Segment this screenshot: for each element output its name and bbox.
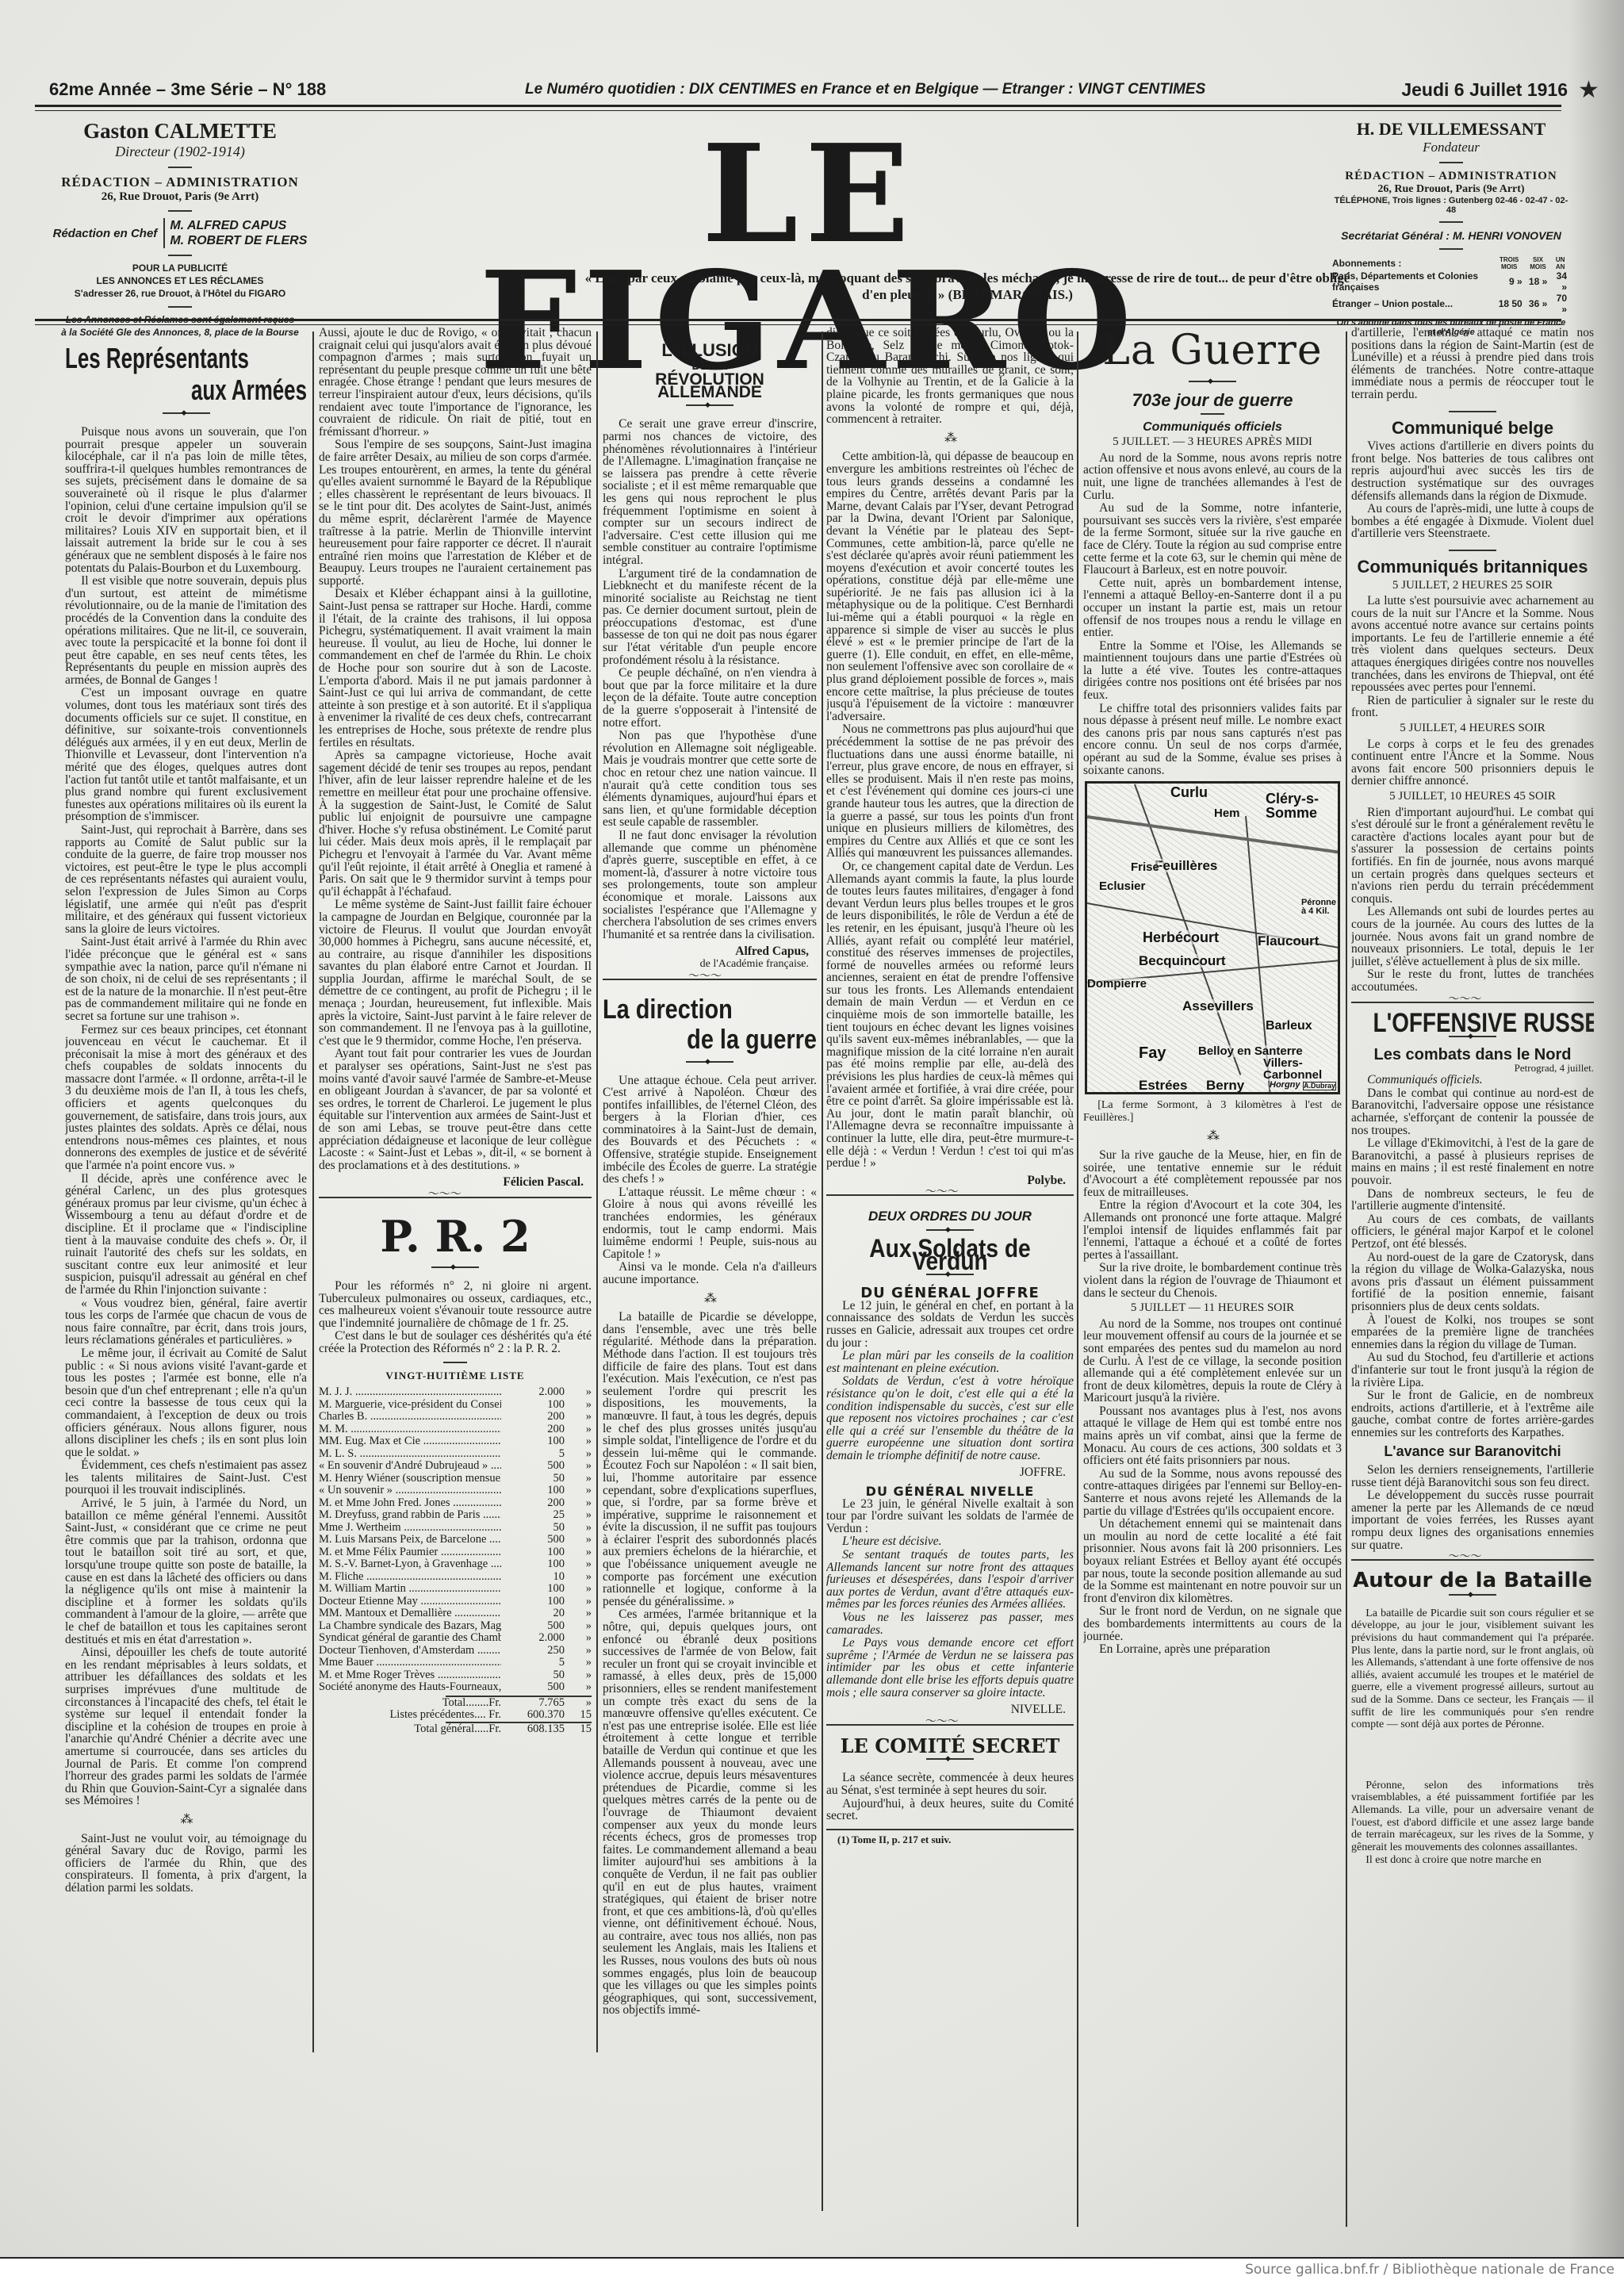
donation-row: M. et Mme Félix Paumier100» bbox=[319, 1546, 592, 1559]
ornament bbox=[163, 412, 210, 415]
headline: Autour de la Bataille bbox=[1351, 1575, 1594, 1588]
subheadline: L'avance sur Baranovitchi bbox=[1351, 1446, 1594, 1458]
paragraph: Le 23 juin, le général Nivelle exaltait … bbox=[826, 1498, 1074, 1535]
map-label: Becquincourt bbox=[1139, 954, 1226, 968]
ornament bbox=[168, 210, 192, 212]
donor-name: M. Marguerie, vice-président du Conseil … bbox=[319, 1399, 501, 1412]
editors-in-chief: Rédaction en Chef M. ALFRED CAPUS M. ROB… bbox=[35, 218, 325, 248]
donation-amount: 20 bbox=[501, 1607, 565, 1620]
paragraph: Vous ne les laisserez pas passer, mes ca… bbox=[826, 1611, 1074, 1636]
donation-row: Société anonyme des Hauts-Fourneaux, For… bbox=[319, 1681, 592, 1694]
map-label: Dompierre bbox=[1087, 978, 1147, 990]
map-label: Flaucourt bbox=[1258, 934, 1319, 948]
divider bbox=[35, 319, 1561, 325]
donation-amount: 100 bbox=[501, 1558, 565, 1571]
ornament bbox=[1189, 381, 1236, 383]
donation-unit: » bbox=[565, 1546, 592, 1559]
total-row: Listes précédentes.... Fr.600.37015 bbox=[319, 1709, 592, 1722]
donation-unit: » bbox=[565, 1509, 592, 1522]
donation-unit: » bbox=[565, 1497, 592, 1510]
signature-affiliation: de l'Académie française. bbox=[603, 958, 809, 971]
donation-row: M. Fliche10» bbox=[319, 1571, 592, 1584]
donation-amount: 100 bbox=[501, 1485, 565, 1497]
ornament bbox=[926, 1229, 974, 1232]
donation-amount: 50 bbox=[501, 1473, 565, 1485]
donation-row: « En souvenir d'André Dubrujeaud »500» bbox=[319, 1460, 592, 1473]
donor-name: M. L. S. bbox=[319, 1448, 501, 1461]
donor-name: MM. Eug. Max et Cie bbox=[319, 1435, 501, 1448]
map-label: Assevillers bbox=[1182, 999, 1254, 1013]
redaction-label: RÉDACTION – ADMINISTRATION bbox=[35, 174, 325, 190]
donation-row: Charles B.200» bbox=[319, 1411, 592, 1424]
donation-row: Syndicat général de garantie des Chambre… bbox=[319, 1632, 592, 1645]
signature: JOFFRE. bbox=[826, 1466, 1066, 1479]
paragraph: Vives actions d'artillerie en divers poi… bbox=[1351, 440, 1594, 502]
headline: L'ILLUSION bbox=[603, 344, 817, 357]
map-label: Villers-Carbonnel bbox=[1263, 1057, 1338, 1081]
ornament bbox=[1449, 1594, 1496, 1596]
donation-amount: 200 bbox=[501, 1411, 565, 1424]
paragraph: Saint-Just ne voulut voir, au témoignage… bbox=[65, 1833, 307, 1895]
column-rule bbox=[1077, 331, 1078, 2227]
donation-row: « Un souvenir »100» bbox=[319, 1485, 592, 1497]
paragraph: Sur la rive gauche de la Meuse, hier, en… bbox=[1083, 1149, 1342, 1198]
paragraph: Il décide, après une conférence avec le … bbox=[65, 1173, 307, 1297]
headline: L'OFFENSIVE RUSSE bbox=[1373, 1017, 1572, 1030]
signature: Polybe. bbox=[826, 1174, 1066, 1187]
paragraph: Au sud de la Somme, notre infanterie, po… bbox=[1083, 502, 1342, 577]
donation-row: Mme J. Wertheim50» bbox=[319, 1522, 592, 1535]
map-label: Horgny bbox=[1270, 1081, 1300, 1090]
map-label: Barleux bbox=[1266, 1020, 1312, 1033]
map-label: Fay bbox=[1139, 1045, 1166, 1061]
paragraph: Au cours de ces combats, de vaillants of… bbox=[1351, 1213, 1594, 1251]
row-label: Paris, Départements et Colonies français… bbox=[1332, 270, 1493, 293]
paragraph: Il ne faut donc envisager la révolution … bbox=[603, 830, 817, 941]
donation-amount: 200 bbox=[501, 1424, 565, 1436]
paragraph: Aussi, ajoute le duc de Rovigo, « on s'é… bbox=[319, 327, 592, 438]
chef-name: M. ROBERT DE FLERS bbox=[170, 234, 307, 247]
donation-row: M. M.200» bbox=[319, 1424, 592, 1436]
map-label: Berny bbox=[1206, 1079, 1244, 1092]
map-label: Herbécourt bbox=[1143, 930, 1219, 945]
paragraph: Or, ce changement capital date de Verdun… bbox=[826, 860, 1074, 1170]
donation-amount: 5 bbox=[501, 1657, 565, 1669]
donor-name: Société anonyme des Hauts-Fourneaux, For… bbox=[319, 1681, 501, 1694]
donor-name: Mme Bauer bbox=[319, 1657, 501, 1669]
donation-row: Docteur Tienhoven, d'Amsterdam250» bbox=[319, 1645, 592, 1657]
paragraph: Au nord-ouest de la gare de Czatorysk, d… bbox=[1351, 1251, 1594, 1313]
donation-unit: » bbox=[565, 1607, 592, 1620]
time-stamp: 5 JUILLET, 4 HEURES SOIR bbox=[1351, 722, 1594, 735]
donation-unit: » bbox=[565, 1448, 592, 1461]
ornament bbox=[168, 306, 192, 308]
total-amount: 608.135 bbox=[501, 1723, 565, 1736]
paragraph: Les Allemands ont subi de lourdes pertes… bbox=[1351, 906, 1594, 968]
paragraph: Sur le front nord de Verdun, on ne signa… bbox=[1083, 1605, 1342, 1642]
paragraph: Saint-Just, qui reprochait à Barrère, da… bbox=[65, 824, 307, 935]
paragraph: Aujourd'hui, à deux heures, suite du Com… bbox=[826, 1798, 1074, 1822]
map-label: Frise bbox=[1131, 861, 1159, 873]
donor-name: M. Dreyfuss, grand rabbin de Paris bbox=[319, 1509, 501, 1522]
paragraph: Péronne, selon des informations très vra… bbox=[1351, 1780, 1594, 1854]
label: Communiqués officiels. bbox=[1351, 1074, 1594, 1086]
donor-name: M. et Mme Roger Trèves bbox=[319, 1669, 501, 1682]
donation-unit: » bbox=[565, 1645, 592, 1657]
ornament bbox=[686, 1061, 733, 1063]
donation-row: M. Luis Marsans Peix, de Barcelone500» bbox=[319, 1534, 592, 1546]
masthead-left-box: Gaston CALMETTE Directeur (1902-1914) RÉ… bbox=[35, 113, 325, 339]
director-name: Gaston CALMETTE bbox=[35, 119, 325, 144]
paragraph: Rien d'important aujourd'hui. Le combat … bbox=[1351, 807, 1594, 906]
founder-role: Fondateur bbox=[1332, 140, 1570, 155]
donation-unit: » bbox=[565, 1386, 592, 1399]
total-row: Total général.....Fr.608.13515 bbox=[319, 1723, 592, 1736]
paragraph: Un détachement ennemi qui se maintenait … bbox=[1083, 1518, 1342, 1604]
total-row: Total........Fr.7.765» bbox=[319, 1697, 592, 1710]
donation-row: M. Marguerie, vice-président du Conseil … bbox=[319, 1399, 592, 1412]
column-rule bbox=[822, 331, 823, 2211]
time-stamp: 5 JUILLET — 11 HEURES SOIR bbox=[1083, 1302, 1342, 1315]
donation-row: M. J. J.2.000» bbox=[319, 1386, 592, 1399]
map-label: Hem bbox=[1214, 807, 1240, 819]
paragraph: d'artillerie, l'ennemi a attaqué ce mati… bbox=[1351, 327, 1594, 401]
subscription-table: Abonnements : TROIS MOIS SIX MOIS UN AN … bbox=[1332, 256, 1570, 315]
paragraph: Ainsi va le monde. Cela n'a d'ailleurs a… bbox=[603, 1261, 817, 1286]
donation-amount: 500 bbox=[501, 1620, 565, 1633]
price: 36 » bbox=[1526, 293, 1551, 315]
paragraph: C'est un imposant ouvrage en quatre volu… bbox=[65, 687, 307, 823]
donation-unit: » bbox=[565, 1460, 592, 1473]
map-caption: [La ferme Sormont, à 3 kilomètres à l'es… bbox=[1083, 1099, 1342, 1124]
subscription-header: UN AN bbox=[1550, 256, 1570, 270]
donation-row: La Chambre syndicale des Bazars, Magasin… bbox=[319, 1620, 592, 1633]
signature: Félicien Pascal. bbox=[319, 1176, 584, 1189]
donation-unit: » bbox=[565, 1485, 592, 1497]
somme-map: Curlu Cléry-s-Somme Hem Feuillères Frise… bbox=[1085, 781, 1340, 1094]
director-role: Directeur (1902-1914) bbox=[35, 144, 325, 160]
donation-unit: » bbox=[565, 1669, 592, 1682]
issue-date: Jeudi 6 Juillet 1916 bbox=[1401, 79, 1568, 101]
publicity-info: POUR LA PUBLICITÉ LES ANNONCES ET LES RÉ… bbox=[35, 262, 325, 300]
list-title: VINGT-HUITIÈME LISTE bbox=[319, 1370, 592, 1382]
donor-name: Mme J. Wertheim bbox=[319, 1522, 501, 1535]
masthead-topline: 62me Année – 3me Série – N° 188 Le Numér… bbox=[49, 76, 1568, 108]
column-rule bbox=[312, 331, 314, 2052]
paragraph: Le même système de Saint-Just faillit fa… bbox=[319, 899, 592, 1047]
total-amount: 600.370 bbox=[501, 1709, 565, 1722]
ornament bbox=[926, 1758, 974, 1761]
day-counter: 703e jour de guerre bbox=[1083, 394, 1342, 407]
paragraph: La séance secrète, commencée à deux heur… bbox=[826, 1772, 1074, 1796]
paragraph: Fermez sur ces beaux principes, cet éton… bbox=[65, 1024, 307, 1172]
paragraph: En Lorraine, après une préparation bbox=[1083, 1643, 1342, 1656]
paragraph: Rien de particulier à signaler sur le re… bbox=[1351, 695, 1594, 719]
ornament bbox=[686, 404, 733, 407]
dateline: Petrograd, 4 juillet. bbox=[1351, 1062, 1594, 1075]
donation-unit: » bbox=[565, 1424, 592, 1436]
paragraph: Dans de nombreux secteurs, le feu de l'a… bbox=[1351, 1188, 1594, 1213]
subheadline: Communiqué belge bbox=[1351, 422, 1594, 435]
subheadline: Communiqués britanniques bbox=[1351, 561, 1594, 573]
donor-name: Docteur Tienhoven, d'Amsterdam bbox=[319, 1645, 501, 1657]
paragraph: Non pas que l'hypothèse d'une révolution… bbox=[603, 730, 817, 829]
paragraph: Selon les derniers renseignements, l'art… bbox=[1351, 1464, 1594, 1489]
chef-names: M. ALFRED CAPUS M. ROBERT DE FLERS bbox=[163, 218, 307, 248]
war-communiques-column: d'artillerie, l'ennemi a attaqué ce mati… bbox=[1351, 327, 1594, 2230]
donation-row: Mme Bauer5» bbox=[319, 1657, 592, 1669]
paragraph: Au sud du Stochod, feu d'artillerie et a… bbox=[1351, 1351, 1594, 1389]
paragraph: Évidemment, ces chefs n'estimaient pas a… bbox=[65, 1459, 307, 1496]
paragraph: Au nord de la Somme, nous avons repris n… bbox=[1083, 452, 1342, 501]
publicity-line: LES ANNONCES ET LES RÉCLAMES bbox=[35, 275, 325, 288]
asterism: ⁂ bbox=[826, 432, 1074, 445]
footer-bar: Source gallica.bnf.fr / Bibliothèque nat… bbox=[0, 2257, 1624, 2280]
headline: La Guerre bbox=[1083, 327, 1342, 374]
headline: La direction bbox=[603, 994, 785, 1025]
map-label: Cléry-s-Somme bbox=[1266, 791, 1338, 820]
paragraph: Saint-Just était arrivé à l'armée du Rhi… bbox=[65, 936, 307, 1022]
headline: aux Armées bbox=[132, 374, 307, 406]
paragraph: Nous ne commettrons pas plus aujourd'hui… bbox=[826, 723, 1074, 860]
star-icon: ★ bbox=[1578, 76, 1599, 104]
donation-unit: » bbox=[565, 1596, 592, 1608]
founder-name: H. DE VILLEMESSANT bbox=[1332, 119, 1570, 140]
map-label: Belloy en Santerre bbox=[1198, 1045, 1303, 1057]
donor-name: M. M. bbox=[319, 1424, 501, 1436]
ornament bbox=[168, 167, 192, 168]
headline: Les Représentants bbox=[65, 343, 239, 374]
publicity-line: POUR LA PUBLICITÉ bbox=[35, 262, 325, 275]
paragraph: Entre la région d'Avocourt et la cote 30… bbox=[1083, 1199, 1342, 1261]
paragraph: Arrivé, le 5 juin, à l'armée du Nord, un… bbox=[65, 1497, 307, 1646]
paragraph: L'argument tiré de la condamnation de Li… bbox=[603, 568, 817, 667]
paragraph: Le 12 juin, le général en chef, en porta… bbox=[826, 1300, 1074, 1349]
donor-name: « Un souvenir » bbox=[319, 1485, 501, 1497]
paragraph: L'heure est décisive. bbox=[826, 1535, 1074, 1548]
ornament bbox=[926, 1274, 974, 1276]
donation-row: MM. Mantoux et Demallière20» bbox=[319, 1607, 592, 1620]
donation-amount: 25 bbox=[501, 1509, 565, 1522]
subscription-header: SIX MOIS bbox=[1526, 256, 1551, 270]
paragraph: La lutte s'est poursuivie avec acharneme… bbox=[1351, 595, 1594, 694]
donation-amount: 200 bbox=[501, 1497, 565, 1510]
column-rule bbox=[596, 331, 598, 2052]
row-label: Étranger – Union postale... bbox=[1332, 293, 1493, 315]
column-rule bbox=[1346, 331, 1347, 2227]
paragraph: Desaix et Kléber échappant ainsi à la gu… bbox=[319, 588, 592, 749]
paragraph: Soldats de Verdun, c'est à votre héroïqu… bbox=[826, 1375, 1074, 1462]
donor-name: M. William Martin bbox=[319, 1583, 501, 1596]
headline: de la guerre bbox=[635, 1025, 818, 1055]
total-cents: 15 bbox=[565, 1723, 592, 1736]
asterism: ⁂ bbox=[65, 1814, 307, 1826]
motto: « Loué par ceux-ci, blâmé par ceux-là, m… bbox=[571, 270, 1364, 303]
price: 18 » bbox=[1526, 270, 1551, 293]
map-credit: A.Dubray bbox=[1303, 1082, 1336, 1090]
paragraph: Cette nuit, après un bombardement intens… bbox=[1083, 577, 1342, 639]
paragraph: Le Pays vous demande encore cet effort s… bbox=[826, 1637, 1074, 1699]
donation-unit: » bbox=[565, 1411, 592, 1424]
donor-name: M. Fliche bbox=[319, 1571, 501, 1584]
map-label: Péronne à 4 Kil. bbox=[1301, 899, 1338, 916]
article-continuation-and-pr2: Aussi, ajoute le duc de Rovigo, « on s'é… bbox=[319, 327, 592, 2071]
donation-amount: 10 bbox=[501, 1571, 565, 1584]
total-label: Total général.....Fr. bbox=[319, 1723, 501, 1736]
subheadline: DU GÉNÉRAL NIVELLE bbox=[826, 1485, 1074, 1498]
article-illusion-and-direction: L'ILLUSION DE LA RÉVOLUTION ALLEMANDE Ce… bbox=[603, 327, 817, 2071]
donation-unit: » bbox=[565, 1583, 592, 1596]
donation-amount: 100 bbox=[501, 1583, 565, 1596]
paragraph: Après sa campagne victorieuse, Hoche ava… bbox=[319, 749, 592, 898]
donation-amount: 250 bbox=[501, 1645, 565, 1657]
donation-row: Docteur Etienne May100» bbox=[319, 1596, 592, 1608]
headline: RÉVOLUTION ALLEMANDE bbox=[603, 374, 817, 398]
ornament bbox=[1439, 162, 1463, 163]
donation-unit: » bbox=[565, 1620, 592, 1633]
subheadline: Communiqués officiels bbox=[1083, 421, 1342, 434]
map-label: Eclusier bbox=[1099, 880, 1145, 892]
total-cents: 15 bbox=[565, 1709, 592, 1722]
subheadline: Les combats dans le Nord bbox=[1351, 1049, 1594, 1062]
donation-amount: 100 bbox=[501, 1435, 565, 1448]
donation-unit: » bbox=[565, 1399, 592, 1412]
donation-unit: » bbox=[565, 1522, 592, 1535]
subscription-row: Étranger – Union postale... 18 50 36 » 7… bbox=[1332, 293, 1570, 315]
paragraph: L'attaque réussit. Le même chœur : « Glo… bbox=[603, 1186, 817, 1261]
article-verdun: diats, que ce soit Estrées ou Curlu, Ovi… bbox=[826, 327, 1074, 2230]
ornament bbox=[1449, 1036, 1496, 1038]
donation-unit: » bbox=[565, 1632, 592, 1645]
asterism: ⁂ bbox=[603, 1293, 817, 1305]
donation-amount: 2.000 bbox=[501, 1386, 565, 1399]
donation-amount: 5 bbox=[501, 1448, 565, 1461]
paragraph: Puisque nous avons un souverain, que l'o… bbox=[65, 426, 307, 574]
map-label: Curlu bbox=[1170, 785, 1208, 799]
paragraph: C'est dans le but de soulager ces déshér… bbox=[319, 1330, 592, 1355]
paragraph: La bataille de Picardie se développe, da… bbox=[603, 1311, 817, 1607]
donation-row: M. et Mme John Fred. Jones200» bbox=[319, 1497, 592, 1510]
kicker: DEUX ORDRES DU JOUR bbox=[826, 1210, 1074, 1223]
donation-unit: » bbox=[565, 1558, 592, 1571]
paragraph: La bataille de Picardie suit son cours r… bbox=[1351, 1607, 1594, 1731]
paragraph: Au nord de la Somme, nos troupes ont con… bbox=[1083, 1318, 1342, 1404]
donor-name: M. J. J. bbox=[319, 1386, 501, 1399]
donation-amount: 500 bbox=[501, 1460, 565, 1473]
paragraph: Sur le front de Galicie, en de nombreux … bbox=[1351, 1389, 1594, 1439]
price: 9 » bbox=[1493, 270, 1526, 293]
chef-name: M. ALFRED CAPUS bbox=[170, 219, 286, 232]
ornament bbox=[1439, 248, 1463, 250]
paragraph: Dans le combat qui continue au nord-est … bbox=[1351, 1087, 1594, 1136]
section-divider bbox=[826, 1194, 1074, 1202]
donation-list: M. J. J.2.000»M. Marguerie, vice-préside… bbox=[319, 1386, 592, 1694]
headline: Aux Soldats de Verdun bbox=[841, 1243, 1059, 1267]
section-divider bbox=[1351, 1559, 1594, 1567]
donor-name: Syndicat général de garantie des Chambre… bbox=[319, 1632, 501, 1645]
redaction-label: RÉDACTION – ADMINISTRATION bbox=[1332, 170, 1570, 183]
headline: LE COMITÉ SECRET bbox=[826, 1740, 1074, 1753]
donation-unit: » bbox=[565, 1435, 592, 1448]
footnote: (1) Tome II, p. 217 et suiv. bbox=[826, 1834, 1074, 1846]
paragraph: Pour les réformés n° 2, ni gloire ni arg… bbox=[319, 1280, 592, 1329]
paragraph: Sur la rive droite, le bombardement cont… bbox=[1083, 1262, 1342, 1299]
price: 18 50 bbox=[1493, 293, 1526, 315]
donation-unit: » bbox=[565, 1473, 592, 1485]
section-divider bbox=[319, 1197, 592, 1205]
donation-amount: 100 bbox=[501, 1399, 565, 1412]
paragraph: Ainsi, dépouiller les chefs de toute aut… bbox=[65, 1646, 307, 1807]
paragraph: Se sentant traqués de toutes parts, les … bbox=[826, 1549, 1074, 1611]
donor-name: M. et Mme John Fred. Jones bbox=[319, 1497, 501, 1510]
paragraph: Au cours de l'après-midi, une lutte à co… bbox=[1351, 503, 1594, 540]
donor-name: Charles B. bbox=[319, 1411, 501, 1424]
secretariat: Secrétariat Général : M. HENRI VONOVEN bbox=[1332, 229, 1570, 242]
donation-unit: » bbox=[565, 1534, 592, 1546]
paragraph: À l'ouest de Kolki, nos troupes se sont … bbox=[1351, 1314, 1594, 1351]
donation-amount: 500 bbox=[501, 1681, 565, 1694]
paragraph: Le plan mûri par les conseils de la coal… bbox=[826, 1350, 1074, 1374]
subscription-row: Paris, Départements et Colonies français… bbox=[1332, 270, 1570, 293]
price: 34 » bbox=[1550, 270, 1570, 293]
paragraph: Sous l'empire de ses soupçons, Saint-Jus… bbox=[319, 439, 592, 587]
donation-row: M. Dreyfuss, grand rabbin de Paris25» bbox=[319, 1509, 592, 1522]
asterism: ⁂ bbox=[1083, 1130, 1342, 1143]
donation-row: M. William Martin100» bbox=[319, 1583, 592, 1596]
donor-name: Docteur Etienne May bbox=[319, 1596, 501, 1608]
source-credit: Source gallica.bnf.fr / Bibliothèque nat… bbox=[1245, 2262, 1614, 2278]
donation-amount: 50 bbox=[501, 1522, 565, 1535]
article-representants: Les Représentants aux Armées Puisque nou… bbox=[65, 327, 307, 2135]
paragraph: Ayant tout fait pour contrarier les vues… bbox=[319, 1048, 592, 1171]
article-la-guerre: La Guerre 703e jour de guerre Communiqué… bbox=[1083, 327, 1342, 2230]
divider bbox=[35, 105, 1561, 111]
signature: Alfred Capus, bbox=[603, 945, 809, 958]
paragraph: Le corps à corps et le feu des grenades … bbox=[1351, 738, 1594, 787]
telephone: TÉLÉPHONE, Trois lignes : Gutenberg 02-4… bbox=[1332, 196, 1570, 215]
donor-name: M. et Mme Félix Paumier bbox=[319, 1546, 501, 1559]
paragraph: Entre la Somme et l'Oise, les Allemands … bbox=[1083, 640, 1342, 702]
donation-row: M. L. S.5» bbox=[319, 1448, 592, 1461]
ornament bbox=[168, 255, 192, 256]
paragraph: Le village d'Ekimovitchi, à l'est de la … bbox=[1351, 1137, 1594, 1186]
donor-name: M. S.-V. Barnet-Lyon, à Gravenhage bbox=[319, 1558, 501, 1571]
time-stamp: 5 JUILLET, 2 HEURES 25 SOIR bbox=[1351, 580, 1594, 592]
donation-unit: » bbox=[565, 1571, 592, 1584]
donor-name: La Chambre syndicale des Bazars, Magasin… bbox=[319, 1620, 501, 1633]
subscription-header: TROIS MOIS bbox=[1493, 256, 1526, 270]
donation-row: M. Henry Wiéner (souscription mensuelle)… bbox=[319, 1473, 592, 1485]
masthead-right-box: H. DE VILLEMESSANT Fondateur RÉDACTION –… bbox=[1332, 113, 1570, 337]
paragraph: diats, que ce soit Estrées ou Curlu, Ovi… bbox=[826, 327, 1074, 426]
address: 26, Rue Drouot, Paris (9e Arrt) bbox=[35, 190, 325, 204]
publicity-line: S'adresser 26, rue Drouot, à l'Hôtel du … bbox=[35, 288, 325, 301]
paragraph: Le même jour, il écrivait au Comité de S… bbox=[65, 1347, 307, 1458]
paragraph: Une attaque échoue. Cela peut arriver. C… bbox=[603, 1075, 817, 1186]
subheadline: DU GÉNÉRAL JOFFRE bbox=[826, 1287, 1074, 1300]
time-stamp: 5 JUILLET, 10 HEURES 45 SOIR bbox=[1351, 791, 1594, 803]
map-label: Estrées bbox=[1139, 1079, 1187, 1092]
price-line: Le Numéro quotidien : DIX CENTIMES en Fr… bbox=[525, 81, 1205, 98]
donation-unit: » bbox=[565, 1681, 592, 1694]
section-divider bbox=[603, 979, 817, 987]
paragraph: Il est visible que notre souverain, depu… bbox=[65, 575, 307, 686]
paragraph: Ce serait une grave erreur d'inscrire, p… bbox=[603, 418, 817, 566]
paragraph: Ces armées, l'armée britannique et la nô… bbox=[603, 1608, 817, 2017]
paragraph: Cette ambition-là, qui dépasse de beauco… bbox=[826, 450, 1074, 722]
total-label: Total........Fr. bbox=[319, 1697, 501, 1710]
paragraph: Ce peuple déchaîné, on n'en viendra à bo… bbox=[603, 667, 817, 729]
